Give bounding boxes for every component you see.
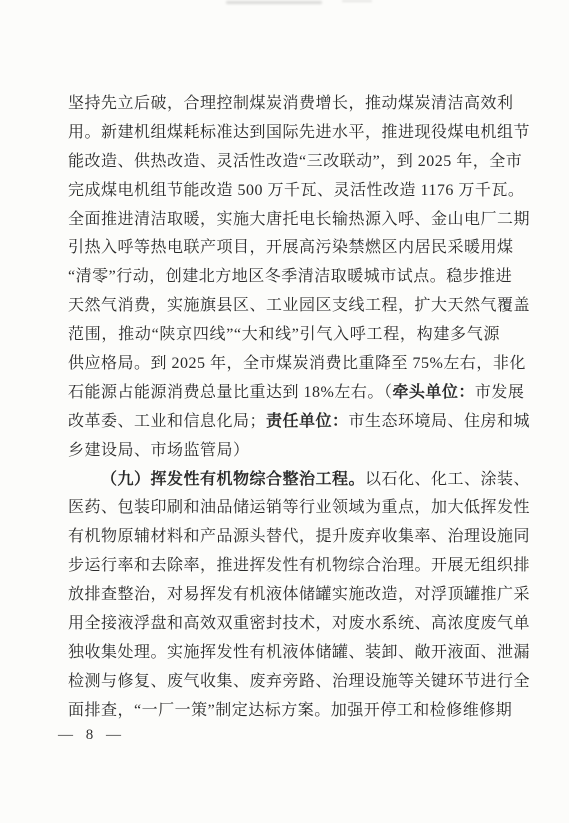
text-line: 完成煤电机组节能改造 500 万千瓦、灵活性改造 1176 万千瓦。 — [68, 177, 500, 206]
scan-artifact — [342, 0, 372, 2]
text-segment: “清零”行动，创建北方地区冬季清洁取暖城市试点。稳步推进 — [68, 268, 512, 285]
text-line: 引热入呼等热电联产项目，开展高污染禁燃区内居民采暖用煤 — [68, 234, 500, 263]
text-segment: 市生态环境局、住房和城 — [349, 413, 531, 430]
text-segment: 改革委、工业和信息化局； — [68, 413, 266, 430]
text-line: 石能源占能源消费总量比重达到 18%左右。（牵头单位：市发展 — [68, 379, 500, 408]
text-segment: 乡建设局、市场监管局） — [68, 442, 250, 459]
bold-text-segment: （九）挥发性有机物综合整治工程。 — [101, 471, 365, 488]
text-segment: 供应格局。到 2025 年，全市煤炭消费比重降至 75%左右，非化 — [68, 355, 526, 372]
text-line: “清零”行动，创建北方地区冬季清洁取暖城市试点。稳步推进 — [68, 263, 500, 292]
text-segment: 全面推进清洁取暖，实施大唐托电长输热源入呼、金山电厂二期 — [68, 211, 530, 228]
text-line: （九）挥发性有机物综合整治工程。以石化、化工、涂装、 — [68, 466, 500, 495]
scan-artifact — [226, 1, 322, 4]
text-segment: 用。新建机组煤耗标准达到国际先进水平，推进现役煤电机组节 — [68, 124, 530, 141]
text-segment: 完成煤电机组节能改造 500 万千瓦、灵活性改造 1176 万千瓦。 — [68, 182, 524, 199]
text-segment: 以石化、化工、涂装、 — [365, 471, 530, 488]
text-segment: 检测与修复、废气收集、废弃旁路、治理设施等关键环节进行全 — [68, 673, 530, 690]
text-segment: 面排查，“一厂一策”制定达标方案。加强开停工和检修维修期 — [68, 702, 512, 719]
text-segment: 步运行率和去除率，推进挥发性有机物综合治理。开展无组织排 — [68, 557, 530, 574]
text-line: 独收集处理。实施挥发性有机液体储罐、装卸、敞开液面、泄漏 — [68, 639, 500, 668]
document-page: 坚持先立后破，合理控制煤炭消费增长，推动煤炭清洁高效利用。新建机组煤耗标准达到国… — [0, 0, 569, 823]
text-line: 天然气消费，实施旗县区、工业园区支线工程，扩大天然气覆盖 — [68, 292, 500, 321]
text-line: 放排查整治，对易挥发有机液体储罐实施改造，对浮顶罐推广采 — [68, 581, 500, 610]
text-segment: 能改造、供热改造、灵活性改造“三改联动”，到 2025 年，全市 — [68, 153, 522, 170]
text-segment: 范围，推动“陕京四线”“大和线”引气入呼工程，构建多气源 — [68, 326, 500, 343]
text-line: 坚持先立后破，合理控制煤炭消费增长，推动煤炭清洁高效利 — [68, 90, 500, 119]
text-line: 用。新建机组煤耗标准达到国际先进水平，推进现役煤电机组节 — [68, 119, 500, 148]
text-line: 供应格局。到 2025 年，全市煤炭消费比重降至 75%左右，非化 — [68, 350, 500, 379]
text-segment: 市发展 — [475, 384, 525, 401]
bold-text-segment: 责任单位： — [266, 413, 349, 430]
text-line: 乡建设局、市场监管局） — [68, 437, 500, 466]
text-line: 全面推进清洁取暖，实施大唐托电长输热源入呼、金山电厂二期 — [68, 206, 500, 235]
text-segment: 天然气消费，实施旗县区、工业园区支线工程，扩大天然气覆盖 — [68, 297, 530, 314]
text-segment: 用全接液浮盘和高效双重密封技术，对废水系统、高浓度废气单 — [68, 615, 530, 632]
bold-text-segment: 牵头单位： — [392, 384, 475, 401]
text-line: 有机物原辅材料和产品源头替代，提升废弃收集率、治理设施同 — [68, 523, 500, 552]
document-body: 坚持先立后破，合理控制煤炭消费增长，推动煤炭清洁高效利用。新建机组煤耗标准达到国… — [68, 90, 500, 726]
text-segment: 坚持先立后破，合理控制煤炭消费增长，推动煤炭清洁高效利 — [68, 95, 514, 112]
text-line: 范围，推动“陕京四线”“大和线”引气入呼工程，构建多气源 — [68, 321, 500, 350]
text-line: 步运行率和去除率，推进挥发性有机物综合治理。开展无组织排 — [68, 552, 500, 581]
text-segment: 石能源占能源消费总量比重达到 18%左右。（ — [68, 384, 392, 401]
text-line: 医药、包装印刷和油品储运销等行业领域为重点，加大低挥发性 — [68, 494, 500, 523]
page-number: — 8 — — [58, 727, 122, 744]
text-line: 检测与修复、废气收集、废弃旁路、治理设施等关键环节进行全 — [68, 668, 500, 697]
text-segment: 独收集处理。实施挥发性有机液体储罐、装卸、敞开液面、泄漏 — [68, 644, 530, 661]
text-segment: 引热入呼等热电联产项目，开展高污染禁燃区内居民采暖用煤 — [68, 239, 514, 256]
text-line: 用全接液浮盘和高效双重密封技术，对废水系统、高浓度废气单 — [68, 610, 500, 639]
text-segment: 放排查整治，对易挥发有机液体储罐实施改造，对浮顶罐推广采 — [68, 586, 530, 603]
text-segment: 医药、包装印刷和油品储运销等行业领域为重点，加大低挥发性 — [68, 499, 530, 516]
text-line: 能改造、供热改造、灵活性改造“三改联动”，到 2025 年，全市 — [68, 148, 500, 177]
text-line: 面排查，“一厂一策”制定达标方案。加强开停工和检修维修期 — [68, 697, 500, 726]
text-line: 改革委、工业和信息化局；责任单位：市生态环境局、住房和城 — [68, 408, 500, 437]
text-segment: 有机物原辅材料和产品源头替代，提升废弃收集率、治理设施同 — [68, 528, 530, 545]
